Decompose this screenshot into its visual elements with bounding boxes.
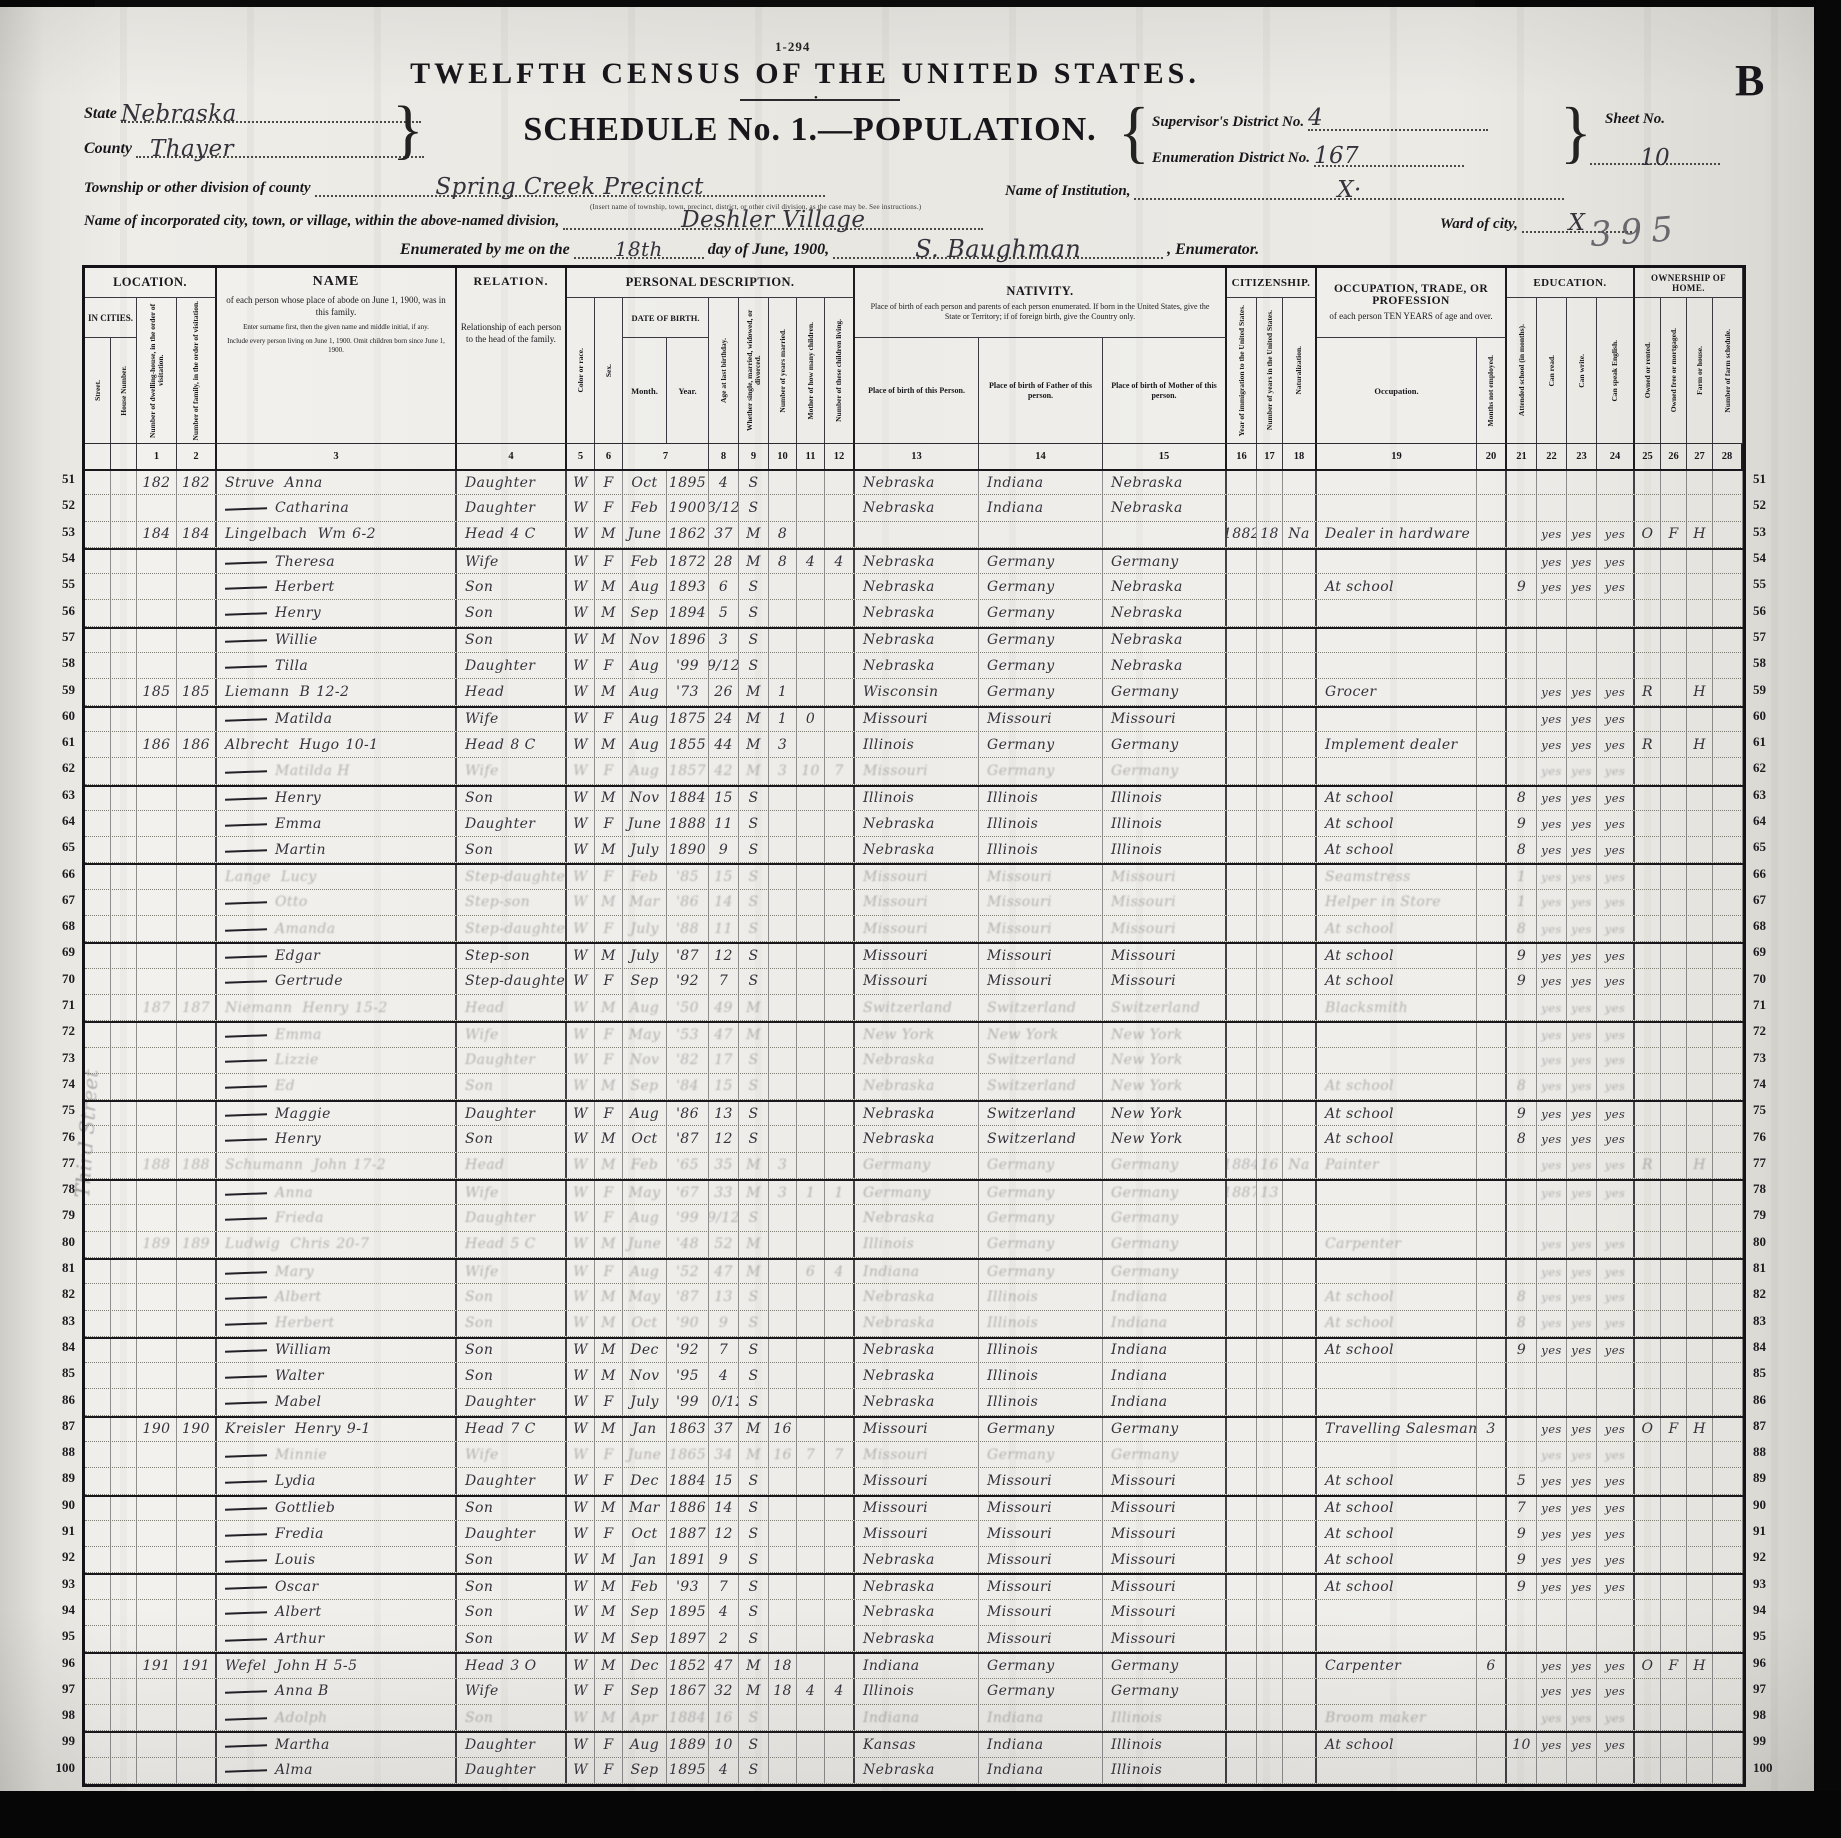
cell-age: 7 (709, 969, 739, 994)
cell-s: M (595, 629, 623, 652)
cell-fh (1687, 890, 1713, 915)
cell-cl (825, 865, 855, 888)
cell-mn (1477, 1232, 1507, 1257)
cell-street (85, 944, 111, 967)
cell-yu (1257, 1521, 1283, 1546)
cell-na (1283, 679, 1317, 704)
cell-dw (137, 629, 177, 652)
cell-occ (1317, 471, 1477, 494)
institution-line: Name of Institution, X· (1005, 180, 1564, 200)
cell-age: 3/12 (709, 495, 739, 520)
cell-yr: '52 (667, 1260, 709, 1283)
table-row: FriedaDaughterWFAug'999/12SNebraskaGerma… (85, 1205, 1743, 1231)
cell-age: 15 (709, 1468, 739, 1493)
header-date-of-birth: DATE OF BIRTH. (623, 298, 709, 338)
cell-ym (769, 1102, 797, 1125)
cell-house (111, 865, 137, 888)
cell-age: 4 (709, 1363, 739, 1388)
cell-att (1507, 1654, 1537, 1677)
cell-pb: Indiana (855, 1260, 979, 1283)
cell-name: Alma (217, 1758, 457, 1783)
ditto-mark (225, 823, 267, 826)
cell-s: F (595, 1023, 623, 1046)
cell-rel: Head7 C (457, 1418, 567, 1441)
cell-en: yes (1597, 574, 1635, 599)
col-number: 7 (623, 444, 709, 469)
cell-rd: yes (1537, 1654, 1567, 1677)
cell-c: W (567, 708, 595, 731)
row-number: 75 (1746, 1097, 1788, 1123)
cell-yr: 1875 (667, 708, 709, 731)
cell-ym (769, 471, 797, 494)
cell-mc (797, 1758, 825, 1783)
cell-cl (825, 1418, 855, 1441)
cell-wr: yes (1567, 890, 1597, 915)
ditto-mark (225, 1086, 267, 1089)
cell-yu (1257, 1074, 1283, 1099)
cell-street (85, 1679, 111, 1704)
col-number: 28 (1713, 444, 1743, 469)
cell-na (1283, 1048, 1317, 1073)
cell-age: 12 (709, 944, 739, 967)
cell-c: W (567, 522, 595, 547)
cell-na (1283, 574, 1317, 599)
cell-wr: yes (1567, 1311, 1597, 1336)
cell-street (85, 890, 111, 915)
cell-fam (177, 1205, 217, 1230)
cell-ym (769, 1733, 797, 1756)
cell-pf: Germany (979, 653, 1103, 678)
table-row: 184184LingelbachWm6-2Head4 CWMJune186237… (85, 522, 1743, 548)
row-number: 89 (40, 1465, 82, 1491)
cell-pb: Germany (855, 1181, 979, 1204)
cell-rd: yes (1537, 1048, 1567, 1073)
cell-rel: Daughter (457, 811, 567, 836)
cell-mo: May (623, 1284, 667, 1309)
cell-dw (137, 890, 177, 915)
cell-pf: Illinois (979, 1311, 1103, 1336)
cell-occ (1317, 1679, 1477, 1704)
cell-fam (177, 969, 217, 994)
cell-street (85, 1284, 111, 1309)
col-number: 21 (1507, 444, 1537, 469)
cell-c: W (567, 1339, 595, 1362)
cell-im (1227, 944, 1257, 967)
cell-mn (1477, 1679, 1507, 1704)
cell-rel: Step-daughter (457, 969, 567, 994)
cell-house (111, 1733, 137, 1756)
cell-pb: Indiana (855, 1705, 979, 1730)
cell-house (111, 1418, 137, 1441)
cell-m: M (739, 1181, 769, 1204)
cell-pm: Missouri (1103, 944, 1227, 967)
cell-fs (1713, 1758, 1743, 1783)
cell-pm: Missouri (1103, 1497, 1227, 1520)
cell-wr: yes (1567, 679, 1597, 704)
cell-fam (177, 550, 217, 573)
cell-occ: Painter (1317, 1153, 1477, 1178)
cell-ym (769, 1705, 797, 1730)
cell-pb: Indiana (855, 1654, 979, 1677)
cell-mo: June (623, 1232, 667, 1257)
cell-na (1283, 708, 1317, 731)
cell-rd: yes (1537, 1181, 1567, 1204)
cell-att (1507, 1418, 1537, 1441)
cell-street (85, 1521, 111, 1546)
cell-fh (1687, 653, 1713, 678)
group-location: LOCATION. (85, 268, 217, 298)
cell-mo: June (623, 1442, 667, 1467)
cell-street (85, 495, 111, 520)
cell-ym: 3 (769, 1181, 797, 1204)
table-row: MartinSonWMJuly18909SNebraskaIllinoisIll… (85, 837, 1743, 863)
cell-en (1597, 1363, 1635, 1388)
cell-pm (1103, 522, 1227, 547)
cell-fam (177, 1126, 217, 1151)
cell-en: yes (1597, 679, 1635, 704)
cell-pf: Missouri (979, 890, 1103, 915)
cell-rel: Wife (457, 550, 567, 573)
cell-mn (1477, 1048, 1507, 1073)
cell-fs (1713, 1442, 1743, 1467)
cell-wr: yes (1567, 811, 1597, 836)
cell-en: yes (1597, 1181, 1635, 1204)
cell-c: W (567, 758, 595, 783)
cell-house (111, 1153, 137, 1178)
cell-s: M (595, 1153, 623, 1178)
col-number (111, 444, 137, 469)
cell-fam (177, 1521, 217, 1546)
cell-own (1635, 1260, 1661, 1283)
cell-yu (1257, 1626, 1283, 1651)
cell-own (1635, 1626, 1661, 1651)
cell-att: 8 (1507, 916, 1537, 941)
cell-s: M (595, 995, 623, 1020)
cell-na (1283, 1705, 1317, 1730)
cell-att (1507, 1181, 1537, 1204)
page-title: TWELFTH CENSUS OF THE UNITED STATES. (330, 57, 1280, 91)
cell-occ: At school (1317, 944, 1477, 967)
cell-yr: 1884 (667, 787, 709, 810)
cell-yu (1257, 1600, 1283, 1625)
cell-cl (825, 495, 855, 520)
cell-s: M (595, 1705, 623, 1730)
cell-mo: Dec (623, 1468, 667, 1493)
cell-pf: Indiana (979, 1758, 1103, 1783)
table-row: LouisSonWMJan18919SNebraskaMissouriMisso… (85, 1547, 1743, 1573)
cell-rd (1537, 1626, 1567, 1651)
cell-na (1283, 629, 1317, 652)
cell-yu: 16 (1257, 1153, 1283, 1178)
cell-street (85, 1102, 111, 1125)
cell-im (1227, 1126, 1257, 1151)
cell-en: yes (1597, 1679, 1635, 1704)
cell-mn (1477, 1442, 1507, 1467)
cell-ym: 8 (769, 522, 797, 547)
cell-pb: Nebraska (855, 1600, 979, 1625)
cell-na (1283, 1363, 1317, 1388)
row-number: 55 (40, 571, 82, 597)
cell-house (111, 1102, 137, 1125)
cell-dw (137, 1575, 177, 1598)
cell-dw (137, 600, 177, 625)
cell-fm (1661, 1339, 1687, 1362)
cell-house (111, 1497, 137, 1520)
row-number: 64 (40, 808, 82, 834)
cell-ym (769, 1521, 797, 1546)
cell-pf: Switzerland (979, 1048, 1103, 1073)
cell-name: Matilda (217, 708, 457, 731)
cell-m: M (739, 995, 769, 1020)
col-number: 6 (595, 444, 623, 469)
table-row: 188188SchumannJohn17-2HeadWMFeb'6535M3Ge… (85, 1153, 1743, 1179)
cell-mc (797, 574, 825, 599)
cell-fh (1687, 1339, 1713, 1362)
cell-yu (1257, 1705, 1283, 1730)
cell-im (1227, 1205, 1257, 1230)
cell-rd (1537, 653, 1567, 678)
cell-c: W (567, 679, 595, 704)
row-number: 63 (40, 782, 82, 808)
cell-en (1597, 600, 1635, 625)
row-number: 92 (1746, 1544, 1788, 1570)
cell-yr: '92 (667, 969, 709, 994)
cell-na (1283, 1023, 1317, 1046)
cell-ym (769, 653, 797, 678)
row-number: 59 (1746, 676, 1788, 702)
cell-fs (1713, 1705, 1743, 1730)
cell-en (1597, 629, 1635, 652)
cell-c: W (567, 1418, 595, 1441)
col-number: 10 (769, 444, 797, 469)
cell-mo: Feb (623, 550, 667, 573)
cell-mc (797, 1575, 825, 1598)
cell-pb: Nebraska (855, 1102, 979, 1125)
cell-mo: Feb (623, 495, 667, 520)
cell-en (1597, 653, 1635, 678)
cell-dw (137, 653, 177, 678)
cell-age: 9/12 (709, 1205, 739, 1230)
cell-pm: Indiana (1103, 1389, 1227, 1414)
cell-pf: Germany (979, 1153, 1103, 1178)
cell-dw (137, 1389, 177, 1414)
cell-fam: 189 (177, 1232, 217, 1257)
cell-ym (769, 1575, 797, 1598)
cell-en: yes (1597, 1497, 1635, 1520)
cell-na (1283, 1232, 1317, 1257)
cell-ym (769, 1232, 797, 1257)
cell-own (1635, 995, 1661, 1020)
cell-fs (1713, 1311, 1743, 1336)
cell-yu (1257, 1418, 1283, 1441)
cell-c: W (567, 969, 595, 994)
row-number: 62 (40, 755, 82, 781)
cell-fam: 186 (177, 732, 217, 757)
cell-fm (1661, 600, 1687, 625)
cell-name: Henry (217, 1126, 457, 1151)
header-year: Year. (667, 338, 709, 443)
row-number: 93 (1746, 1570, 1788, 1596)
cell-fh (1687, 758, 1713, 783)
cell-rd: yes (1537, 1339, 1567, 1362)
cell-name: Arthur (217, 1626, 457, 1651)
cell-occ: Helper in Store (1317, 890, 1477, 915)
cell-fm (1661, 837, 1687, 862)
cell-mn (1477, 471, 1507, 494)
cell-att (1507, 679, 1537, 704)
cell-rel: Wife (457, 1023, 567, 1046)
cell-pb: Illinois (855, 1232, 979, 1257)
table-row: 190190KreislerHenry9-1Head7 CWMJan186337… (85, 1416, 1743, 1442)
cell-cl (825, 1311, 855, 1336)
cell-wr: yes (1567, 1153, 1597, 1178)
cell-mc (797, 1153, 825, 1178)
cell-yu (1257, 1442, 1283, 1467)
cell-age: 15 (709, 1074, 739, 1099)
cell-mn (1477, 811, 1507, 836)
row-number: 70 (40, 966, 82, 992)
cell-wr: yes (1567, 969, 1597, 994)
cell-en: yes (1597, 1654, 1635, 1677)
cell-age: 11 (709, 811, 739, 836)
cell-mc (797, 495, 825, 520)
cell-mo: Jan (623, 1418, 667, 1441)
cell-house (111, 1679, 137, 1704)
cell-mn (1477, 837, 1507, 862)
cell-ym: 3 (769, 732, 797, 757)
cell-fh (1687, 1284, 1713, 1309)
cell-na (1283, 1654, 1317, 1677)
cell-mc (797, 1547, 825, 1572)
cell-mn (1477, 495, 1507, 520)
cell-mc (797, 1102, 825, 1125)
row-number: 99 (1746, 1728, 1788, 1754)
cell-fam (177, 865, 217, 888)
cell-mn (1477, 1468, 1507, 1493)
cell-c: W (567, 1442, 595, 1467)
cell-fh (1687, 1232, 1713, 1257)
cell-c: W (567, 1626, 595, 1651)
cell-fs (1713, 1547, 1743, 1572)
cell-att: 8 (1507, 837, 1537, 862)
cell-wr (1567, 471, 1597, 494)
cell-yr: '87 (667, 1284, 709, 1309)
cell-fs (1713, 1232, 1743, 1257)
cell-ym (769, 1547, 797, 1572)
cell-im (1227, 708, 1257, 731)
cell-dw (137, 1626, 177, 1651)
cell-m: M (739, 550, 769, 573)
cell-att: 9 (1507, 1547, 1537, 1572)
cell-mc (797, 653, 825, 678)
institution-value: X· (1337, 177, 1362, 203)
cell-yr: 1862 (667, 522, 709, 547)
cell-pf: Missouri (979, 1468, 1103, 1493)
cell-yr: '50 (667, 995, 709, 1020)
ditto-mark (225, 1507, 267, 1510)
cell-name: Herbert (217, 574, 457, 599)
cell-wr: yes (1567, 732, 1597, 757)
cell-occ: At school (1317, 1126, 1477, 1151)
row-number: 85 (1746, 1360, 1788, 1386)
cell-en: yes (1597, 787, 1635, 810)
cell-mc (797, 916, 825, 941)
cell-house (111, 1600, 137, 1625)
cell-fs (1713, 653, 1743, 678)
cell-fam (177, 1311, 217, 1336)
header-years-in-us: Number of years in the United States. (1257, 298, 1283, 443)
header-pob-mother: Place of birth of Mother of this person. (1103, 338, 1227, 443)
cell-occ (1317, 1260, 1477, 1283)
cell-im (1227, 653, 1257, 678)
ditto-mark (225, 1612, 267, 1615)
cell-cl (825, 1102, 855, 1125)
cell-fam (177, 495, 217, 520)
cell-s: F (595, 865, 623, 888)
cell-mn (1477, 1497, 1507, 1520)
cell-c: W (567, 1048, 595, 1073)
cell-m: S (739, 969, 769, 994)
cell-pb: Nebraska (855, 1048, 979, 1073)
cell-fh (1687, 865, 1713, 888)
cell-rd: yes (1537, 1705, 1567, 1730)
cell-fam (177, 1048, 217, 1073)
cell-im (1227, 1733, 1257, 1756)
cell-att: 8 (1507, 787, 1537, 810)
cell-mo: Aug (623, 1260, 667, 1283)
cell-yr: 1865 (667, 1442, 709, 1467)
table-row: LydiaDaughterWFDec188415SMissouriMissour… (85, 1468, 1743, 1494)
cell-dw: 187 (137, 995, 177, 1020)
supervisor-line: Supervisor's District No. 4 (1152, 111, 1488, 131)
cell-own (1635, 708, 1661, 731)
cell-pm: Missouri (1103, 969, 1227, 994)
cell-house (111, 1232, 137, 1257)
cell-att (1507, 1363, 1537, 1388)
cell-pb: Nebraska (855, 600, 979, 625)
cell-en: yes (1597, 1547, 1635, 1572)
cell-fs (1713, 837, 1743, 862)
cell-im (1227, 1705, 1257, 1730)
cell-pb: Illinois (855, 1679, 979, 1704)
table-row: MaryWifeWFAug'5247M64IndianaGermanyGerma… (85, 1258, 1743, 1284)
cell-pb: Nebraska (855, 629, 979, 652)
row-number: 94 (1746, 1597, 1788, 1623)
cell-fam (177, 1363, 217, 1388)
pencil-page-number: 395 (1589, 209, 1683, 255)
table-row: 189189LudwigChris20-7Head5 CWMJune'4852M… (85, 1232, 1743, 1258)
cell-ym (769, 1389, 797, 1414)
row-number: 74 (40, 1071, 82, 1097)
cell-mc (797, 1497, 825, 1520)
row-number: 65 (1746, 834, 1788, 860)
cell-en: yes (1597, 1705, 1635, 1730)
cell-mo: Aug (623, 758, 667, 783)
cell-rel: Son (457, 1126, 567, 1151)
cell-dw (137, 1521, 177, 1546)
cell-att: 9 (1507, 1102, 1537, 1125)
cell-c: W (567, 1181, 595, 1204)
cell-rel: Step-son (457, 944, 567, 967)
cell-house (111, 1311, 137, 1336)
cell-pm: Nebraska (1103, 629, 1227, 652)
scan-edge-top (95, 0, 1475, 7)
table-row: HerbertSonWMOct'909SNebraskaIllinoisIndi… (85, 1311, 1743, 1337)
row-number: 71 (1746, 992, 1788, 1018)
cell-wr: yes (1567, 1521, 1597, 1546)
cell-im (1227, 1363, 1257, 1388)
cell-ym (769, 1497, 797, 1520)
